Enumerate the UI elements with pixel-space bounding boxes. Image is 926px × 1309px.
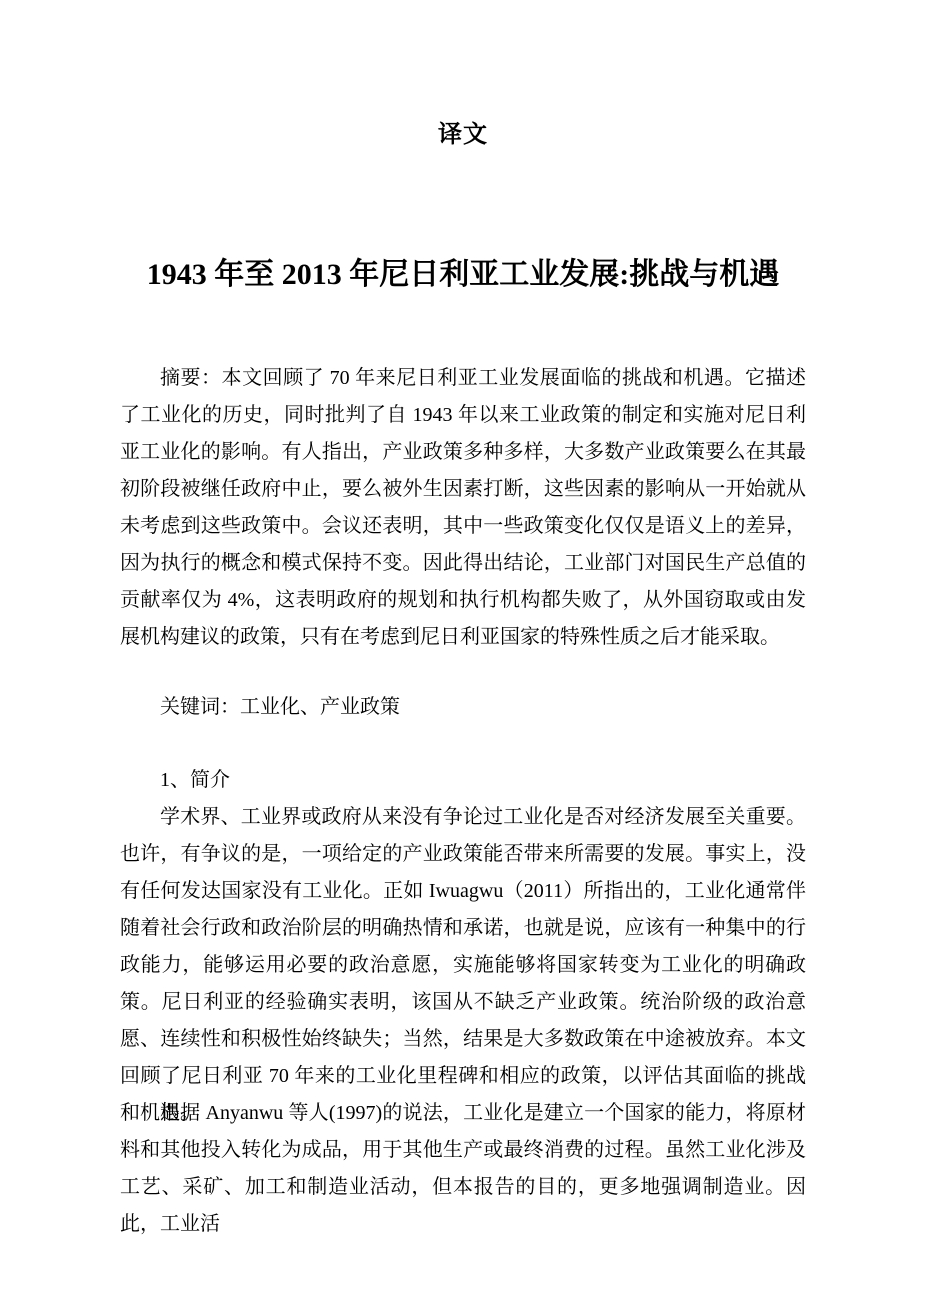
section-1-heading: 1、简介 — [120, 762, 806, 799]
section-1-paragraph-1: 学术界、工业界或政府从来没有争论过工业化是否对经济发展至关重要。也许，有争议的是… — [120, 799, 806, 1132]
doc-type-label: 译文 — [0, 118, 926, 152]
section-1-paragraph-2: 根据 Anyanwu 等人(1997)的说法，工业化是建立一个国家的能力，将原材… — [120, 1095, 806, 1243]
doc-title: 1943 年至 2013 年尼日利亚工业发展:挑战与机遇 — [60, 252, 866, 298]
keywords-line: 关键词：工业化、产业政策 — [120, 689, 806, 726]
abstract-paragraph: 摘要：本文回顾了 70 年来尼日利亚工业发展面临的挑战和机遇。它描述了工业化的历… — [120, 360, 806, 656]
document-page: 译文 1943 年至 2013 年尼日利亚工业发展:挑战与机遇 摘要：本文回顾了… — [0, 0, 926, 1309]
